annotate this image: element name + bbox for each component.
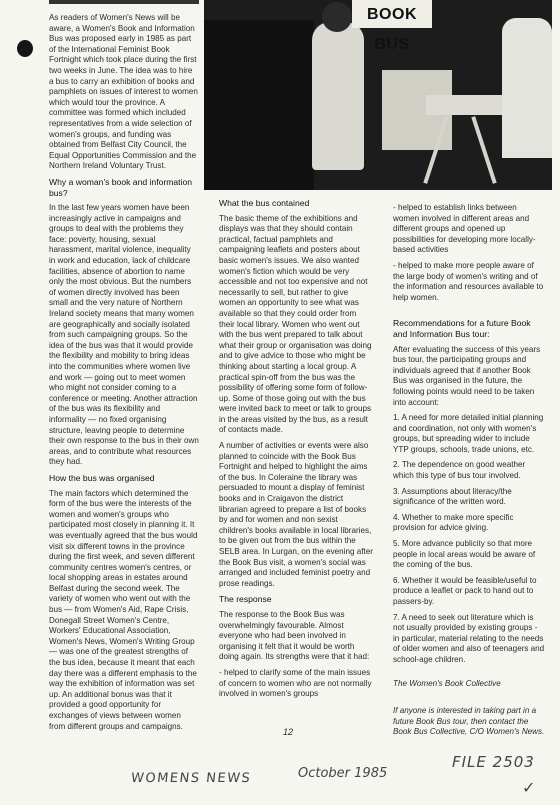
heading-recommendations: Recommendations for a future Book and In…	[393, 318, 545, 339]
strength-bullet-2: - helped to establish links between wome…	[393, 203, 545, 256]
recommendation-point: 2. The dependence on good weather which …	[393, 460, 545, 481]
contained-paragraph: The basic theme of the exhibitions and d…	[219, 214, 373, 436]
spacer	[393, 308, 545, 316]
column-2: What the bus contained The basic theme o…	[219, 196, 373, 705]
recommendation-point: 4. Whether to make more specific provisi…	[393, 513, 545, 534]
recommendation-point: 5. More advance publicity so that more p…	[393, 539, 545, 571]
page-number: 12	[283, 727, 293, 737]
recommendation-point: 7. A need to seek out literature which i…	[393, 613, 545, 666]
intro-paragraph: As readers of Women's News will be aware…	[49, 13, 199, 172]
recommendation-point: 6. Whether it would be feasible/useful t…	[393, 576, 545, 608]
book-bus-photo: BOOK BUS	[204, 0, 552, 190]
response-paragraph: The response to the Book Bus was overwhe…	[219, 610, 373, 663]
organised-paragraph: The main factors which determined the fo…	[49, 489, 199, 733]
strength-bullet-1: - helped to clarify some of the main iss…	[219, 668, 373, 700]
photo-right-figure	[502, 18, 552, 158]
events-paragraph: A number of activities or events were al…	[219, 441, 373, 589]
heading-contained: What the bus contained	[219, 198, 373, 209]
column-3: - helped to establish links between wome…	[393, 203, 545, 743]
signature: The Women's Book Collective	[393, 679, 545, 690]
column-1: As readers of Women's News will be aware…	[49, 13, 199, 737]
photo-shadow-figure	[204, 20, 314, 190]
heading-why-bus: Why a woman's book and information bus?	[49, 177, 199, 198]
book-bus-sign: BOOK BUS	[352, 0, 432, 28]
photo-standing-woman	[312, 22, 364, 170]
handwritten-date: October 1985	[298, 766, 387, 781]
check-mark-icon: ✓	[522, 778, 535, 797]
strength-bullet-3: - helped to make more people aware of th…	[393, 261, 545, 303]
top-rule	[49, 0, 199, 4]
contact-note: If anyone is interested in taking part i…	[393, 706, 545, 738]
photo-head	[322, 2, 352, 32]
punch-hole	[17, 40, 33, 57]
photo-table-leg	[471, 116, 496, 184]
heading-response: The response	[219, 594, 373, 605]
heading-organised: How the bus was organised	[49, 473, 199, 484]
newsletter-page: BOOK BUS As readers of Women's News will…	[0, 0, 560, 805]
recommendation-point: 3. Assumptions about literacy/the signif…	[393, 487, 545, 508]
why-paragraph: In the last few years women have been in…	[49, 203, 199, 468]
handwritten-source: WOMENS NEWS	[130, 771, 252, 786]
recommendations-intro: After evaluating the success of this yea…	[393, 345, 545, 409]
spacer	[393, 694, 545, 706]
recommendation-point: 1. A need for more detailed initial plan…	[393, 413, 545, 455]
spacer	[393, 671, 545, 679]
handwritten-file-number: FILE 2503	[452, 753, 535, 771]
